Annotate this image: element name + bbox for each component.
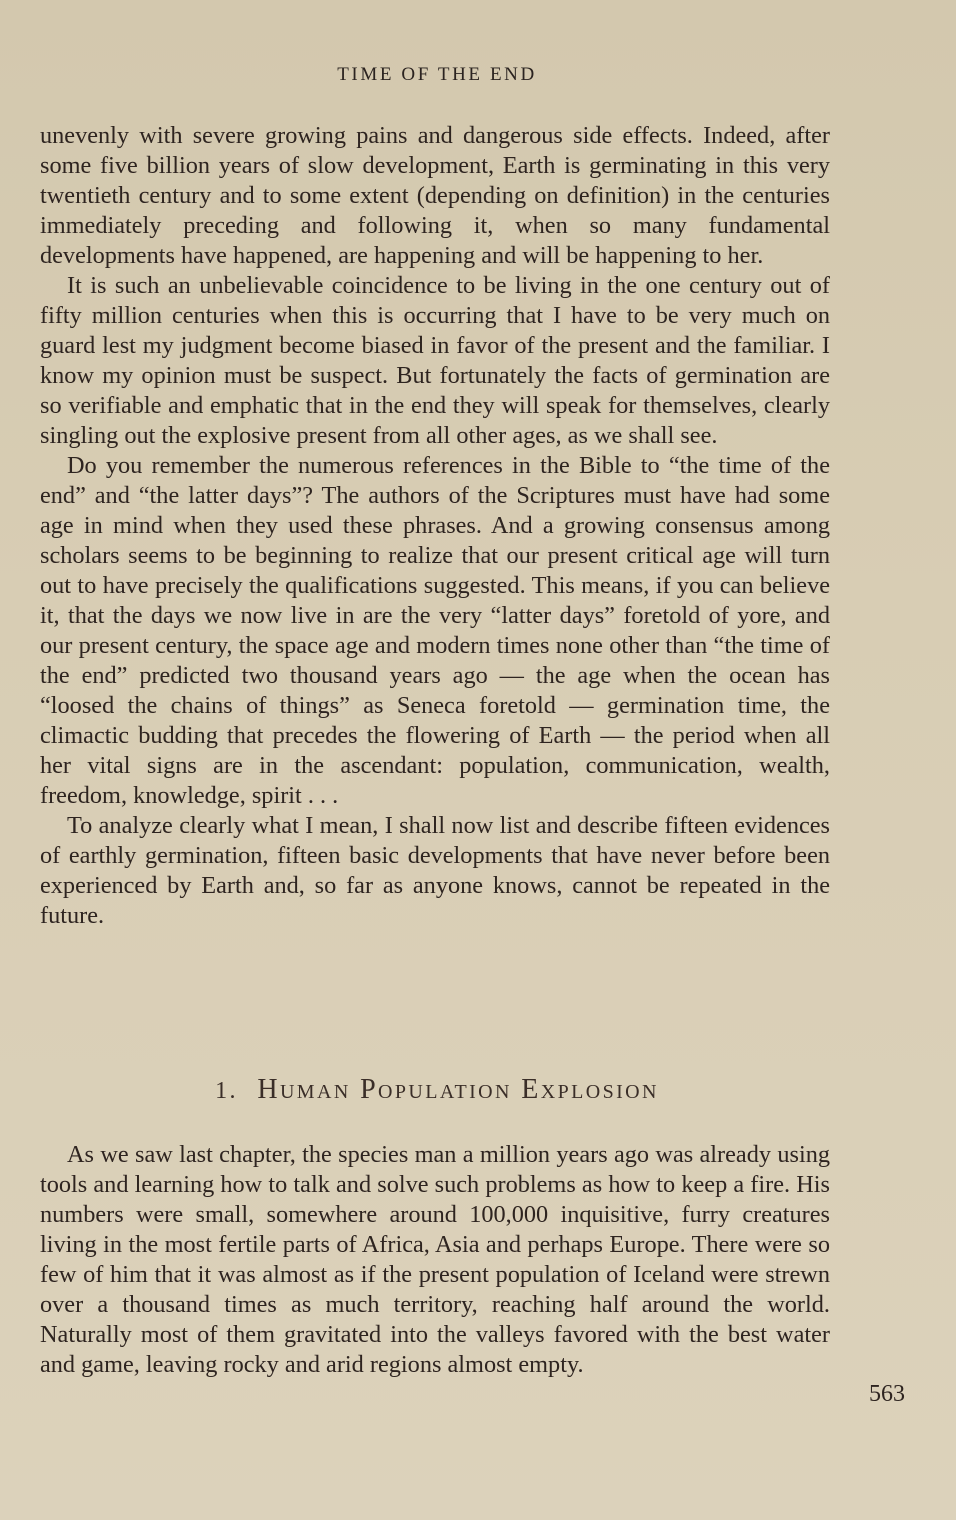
section-title: Human Population Explosion [257, 1074, 659, 1105]
section-number: 1. [215, 1078, 238, 1104]
page-number: 563 [869, 1381, 905, 1408]
body-text-top: unevenly with severe growing pains and d… [40, 121, 830, 931]
paragraph: Do you remember the numerous references … [40, 451, 830, 811]
paragraph: unevenly with severe growing pains and d… [40, 121, 830, 271]
paragraph: To analyze clearly what I mean, I shall … [40, 811, 830, 931]
body-text-bottom: As we saw last chapter, the species man … [40, 1140, 830, 1380]
section-heading: 1. Human Population Explosion [0, 1074, 874, 1106]
running-head: TIME OF THE END [0, 64, 874, 86]
paragraph: As we saw last chapter, the species man … [40, 1140, 830, 1380]
paragraph: It is such an unbelievable coincidence t… [40, 271, 830, 451]
